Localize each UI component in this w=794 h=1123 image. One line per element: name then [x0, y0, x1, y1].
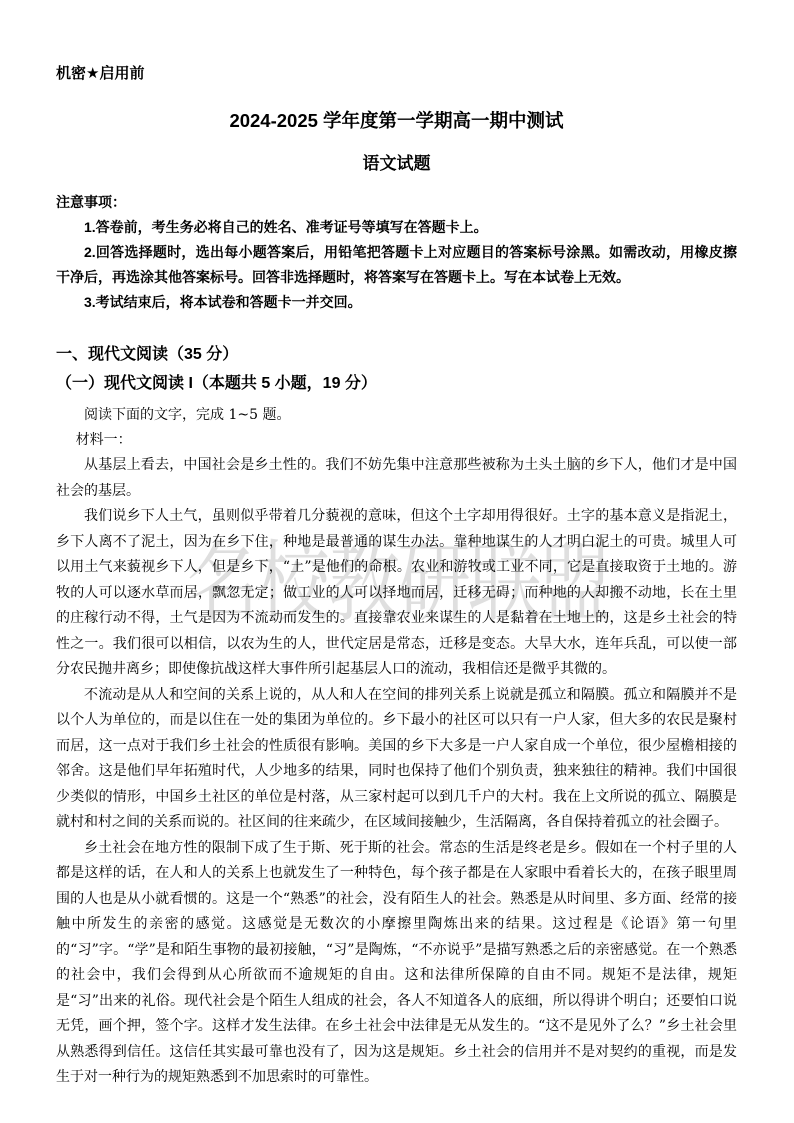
section-heading-modern-reading: 一、现代文阅读（35 分）	[56, 344, 737, 366]
exam-title: 2024-2025 学年度第一学期高一期中测试	[56, 109, 737, 133]
reading-instruction: 阅读下面的文字，完成 1~5 题。	[56, 404, 737, 426]
classification-label: 机密★启用前	[56, 64, 737, 84]
notice-heading: 注意事项：	[56, 190, 737, 215]
notice-item: 3.考试结束后，将本试卷和答题卡一并交回。	[56, 290, 737, 315]
exam-subtitle: 语文试题	[56, 152, 737, 175]
passage-paragraph: 不流动是从人和空间的关系上说的，从人和人在空间的排列关系上说就是孤立和隔膜。孤立…	[56, 683, 737, 836]
exam-page: 名校教研联盟 机密★启用前 2024-2025 学年度第一学期高一期中测试 语文…	[0, 0, 794, 1123]
reading-passage: 从基层上看去，中国社会是乡土性的。我们不妨先集中注意那些被称为土头土脑的乡下人，…	[56, 453, 737, 1091]
material-one-label: 材料一：	[56, 429, 737, 451]
passage-paragraph: 从基层上看去，中国社会是乡土性的。我们不妨先集中注意那些被称为土头土脑的乡下人，…	[56, 453, 737, 504]
notice-list: 1.答卷前，考生务必将自己的姓名、准考证号等填写在答题卡上。 2.回答选择题时，…	[56, 215, 737, 315]
notice-item: 1.答卷前，考生务必将自己的姓名、准考证号等填写在答题卡上。	[56, 215, 737, 240]
passage-paragraph: 乡土社会在地方性的限制下成了生于斯、死于斯的社会。常态的生活是终老是乡。假如在一…	[56, 836, 737, 1091]
page-content: 机密★启用前 2024-2025 学年度第一学期高一期中测试 语文试题 注意事项…	[56, 64, 737, 1091]
subsection-heading-reading-1: （一）现代文阅读 I（本题共 5 小题，19 分）	[56, 373, 737, 395]
notice-item: 2.回答选择题时，选出每小题答案后，用铅笔把答题卡上对应题目的答案标号涂黑。如需…	[56, 240, 737, 290]
passage-paragraph: 我们说乡下人土气，虽则似乎带着几分藐视的意味，但这个土字却用得很好。土字的基本意…	[56, 504, 737, 683]
